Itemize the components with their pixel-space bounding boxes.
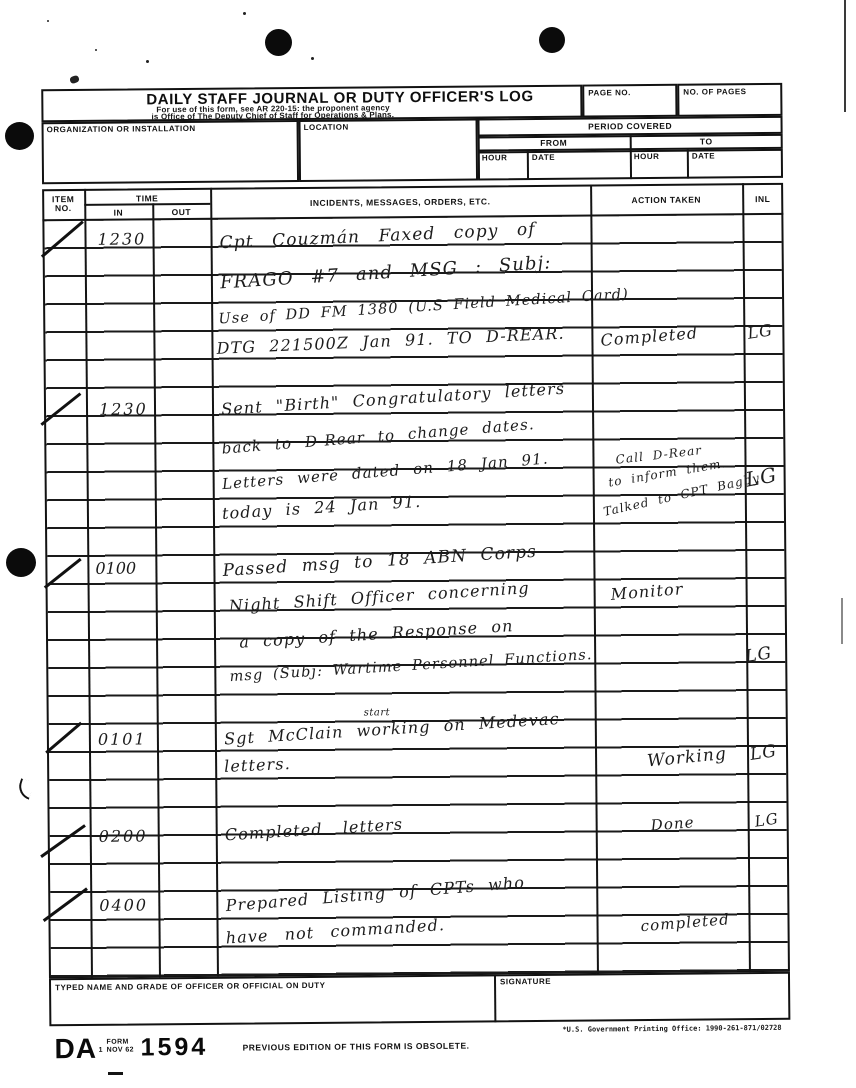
date-from-label: DATE [532, 153, 555, 162]
entry-3-time-in: 0100 [95, 558, 136, 577]
entry-4-initials: LG [749, 741, 779, 765]
entry-6-time-in: 0400 [99, 895, 148, 914]
location-label: LOCATION [304, 123, 349, 132]
entry-4-note-above: start [364, 707, 391, 718]
typed-name-box [49, 972, 790, 1026]
entry-4-line-2: letters. [224, 754, 291, 776]
no-of-pages-label: NO. OF PAGES [683, 87, 746, 97]
from-label: FROM [478, 137, 630, 148]
entry-5-initials: LG [753, 809, 780, 830]
da-form-number: 1594 [140, 1033, 208, 1063]
entry-1-initials: LG [746, 320, 774, 343]
da-form-one: 1 [99, 1047, 103, 1054]
in-header: IN [84, 207, 152, 218]
time-header: TIME [84, 193, 210, 204]
entry-5-action: Done [650, 813, 695, 834]
obsolete-note: PREVIOUS EDITION OF THIS FORM IS OBSOLET… [243, 1041, 470, 1053]
no-header: NO. [42, 203, 84, 213]
hour-date-divider-2 [687, 150, 689, 179]
organization-label: ORGANIZATION OR INSTALLATION [47, 124, 196, 134]
entry-5-time-in: 0200 [99, 826, 148, 845]
gpo-note: *U.S. Government Printing Office: 1990-2… [562, 1024, 781, 1034]
entry-4-time-in: 0101 [98, 729, 147, 748]
hour-to-label: HOUR [634, 152, 660, 161]
scanned-form-sheet: DAILY STAFF JOURNAL OR DUTY OFFICER'S LO… [0, 0, 856, 1088]
hour-date-divider-1 [527, 151, 529, 180]
entry-2-time-in: 1230 [99, 399, 148, 418]
signature-divider [494, 974, 496, 1022]
inl-header: INL [742, 194, 783, 204]
entry-3-initials: LG [744, 643, 774, 667]
signature-label: SIGNATURE [500, 977, 551, 986]
hour-date-row [478, 149, 783, 181]
to-label: TO [630, 136, 783, 147]
da-form-word: FORM [107, 1039, 129, 1046]
action-taken-header: ACTION TAKEN [590, 194, 742, 205]
date-to-label: DATE [692, 151, 715, 160]
hour-from-label: HOUR [482, 153, 508, 162]
out-header: OUT [152, 207, 210, 218]
page-no-label: PAGE NO. [588, 88, 631, 97]
entry-1-time-in: 1230 [97, 229, 146, 248]
da-form-date: NOV 62 [107, 1047, 134, 1054]
da-form-mark: DA [54, 1033, 97, 1065]
